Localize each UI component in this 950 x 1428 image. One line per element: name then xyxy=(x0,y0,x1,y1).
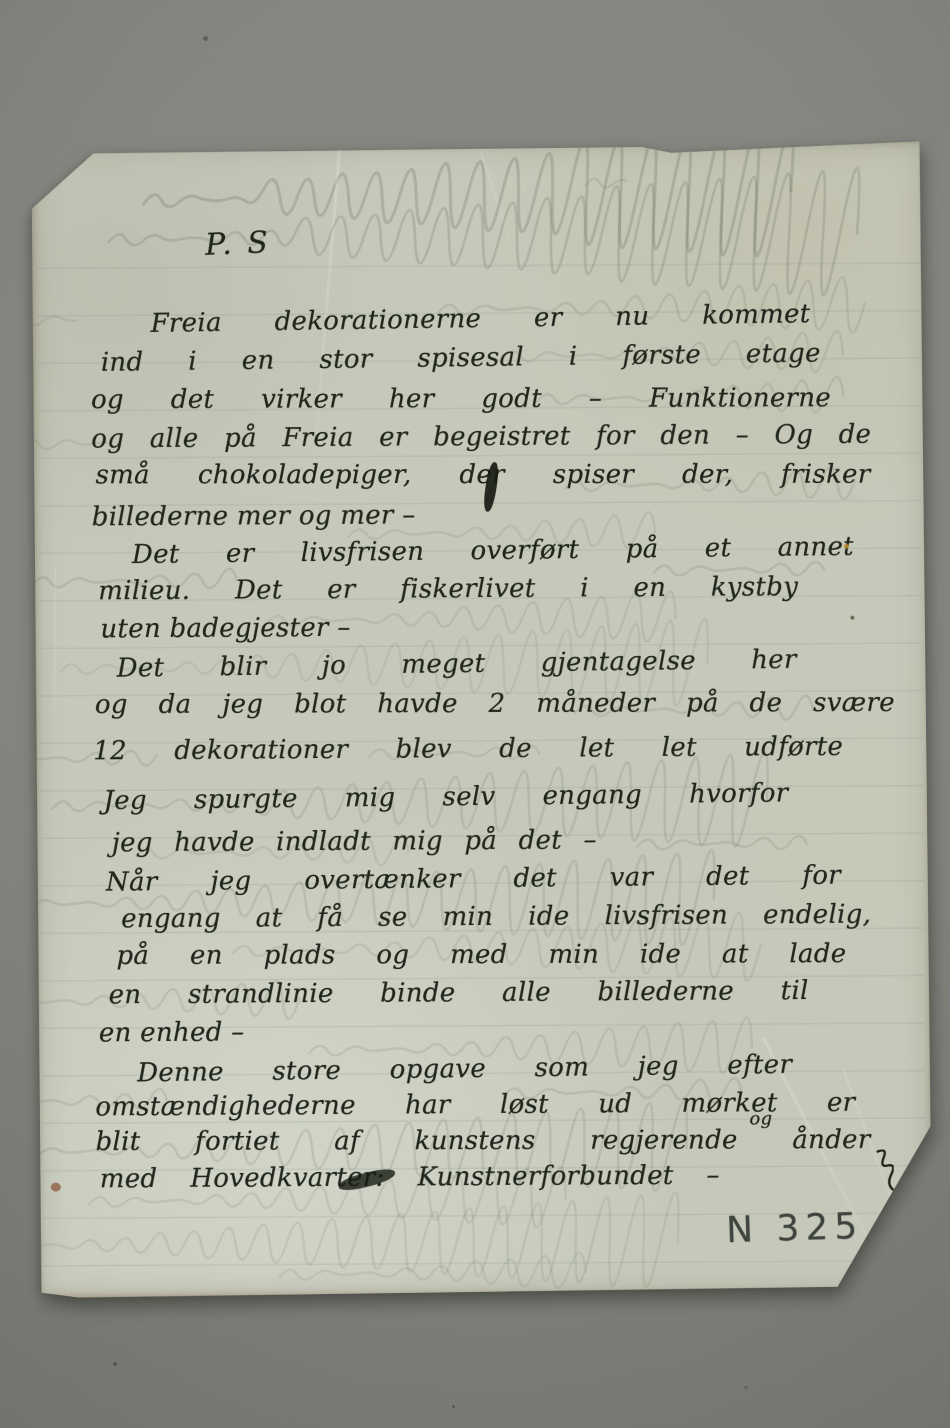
dust-speck xyxy=(113,1362,117,1366)
dust-speck xyxy=(203,36,208,41)
dust-speck xyxy=(452,1405,455,1408)
photograph-backdrop: P. S Freia dekorationerne er nu kommet i… xyxy=(0,0,950,1428)
paper-sheet: P. S Freia dekorationerne er nu kommet i… xyxy=(31,141,931,1297)
letter-page: P. S Freia dekorationerne er nu kommet i… xyxy=(31,141,931,1297)
paper-edge-shading xyxy=(31,141,931,1297)
dust-speck xyxy=(744,1386,748,1389)
